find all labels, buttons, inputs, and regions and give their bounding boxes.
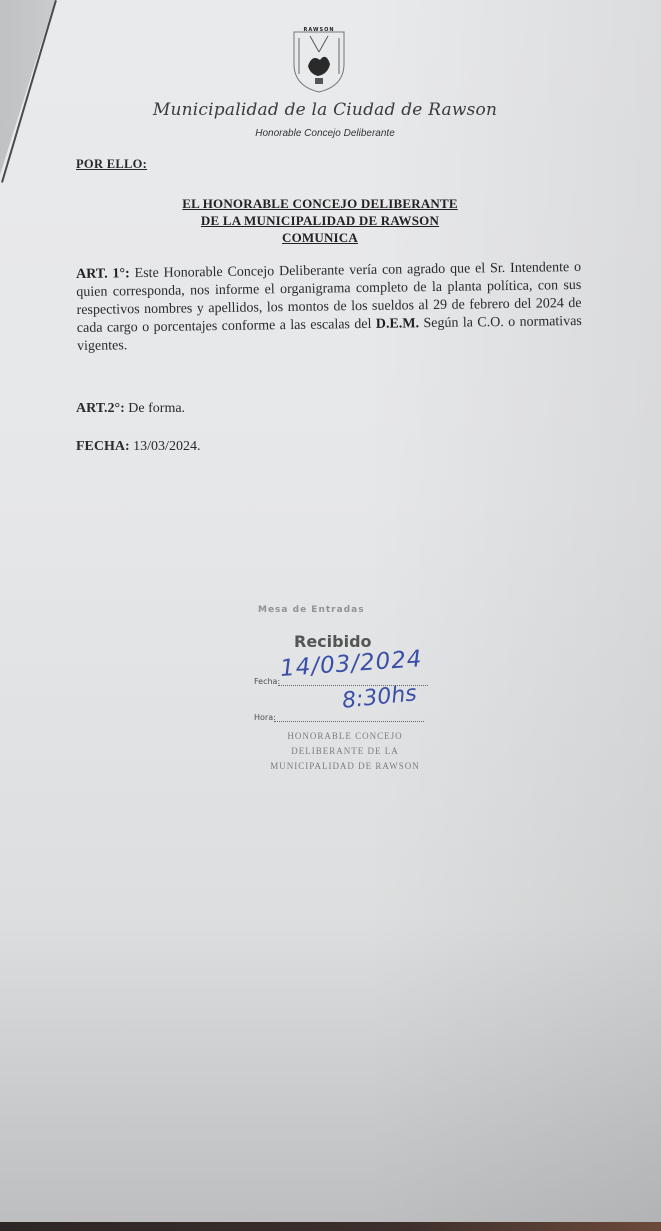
stamp-org-line-1: HONORABLE CONCEJO [250, 729, 440, 744]
municipal-crest-icon: RAWSON [288, 24, 350, 94]
heading-line-1: EL HONORABLE CONCEJO DELIBERANTE [120, 195, 520, 212]
article-1-dem: D.E.M. [376, 316, 419, 332]
stamp-date-label: Fecha: [254, 677, 280, 686]
letterhead-subtitle: Honorable Concejo Deliberante [150, 128, 500, 139]
article-2-label: ART.2°: [76, 401, 125, 416]
stamp-top-text: Mesa de Entradas [258, 605, 365, 615]
received-stamp: Mesa de Entradas Recibido Fecha: Hora: 1… [250, 605, 480, 780]
table-surface [0, 1222, 661, 1231]
date-value: 13/03/2024. [130, 439, 201, 454]
date-label: FECHA: [76, 439, 130, 454]
stamp-time-line [274, 721, 424, 722]
crest-label: RAWSON [297, 27, 341, 33]
handwritten-date: 14/03/2024 [279, 646, 423, 682]
heading-line-3: COMUNICA [120, 229, 520, 246]
letterhead-title: Municipalidad de la Ciudad de Rawson [150, 100, 500, 120]
handwritten-time: 8:30hs [341, 681, 418, 714]
stamp-org-line-3: MUNICIPALIDAD DE RAWSON [250, 759, 440, 774]
document-page: RAWSON Municipalidad de la Ciudad de Raw… [0, 0, 661, 1224]
por-ello-heading: POR ELLO: [76, 157, 147, 172]
stamp-organization: HONORABLE CONCEJO DELIBERANTE DE LA MUNI… [250, 729, 440, 774]
stamp-recibido: Recibido [294, 632, 372, 651]
article-1-label: ART. 1°: [76, 266, 130, 282]
article-1: ART. 1°: Este Honorable Concejo Delibera… [76, 259, 582, 356]
article-2: ART.2°: De forma. [76, 401, 185, 417]
article-2-text: De forma. [125, 401, 185, 416]
heading-line-2: DE LA MUNICIPALIDAD DE RAWSON [120, 212, 520, 229]
council-heading: EL HONORABLE CONCEJO DELIBERANTE DE LA M… [120, 195, 520, 246]
stamp-org-line-2: DELIBERANTE DE LA [250, 744, 440, 759]
stamp-time-label: Hora: [254, 713, 276, 722]
document-date: FECHA: 13/03/2024. [76, 439, 200, 455]
